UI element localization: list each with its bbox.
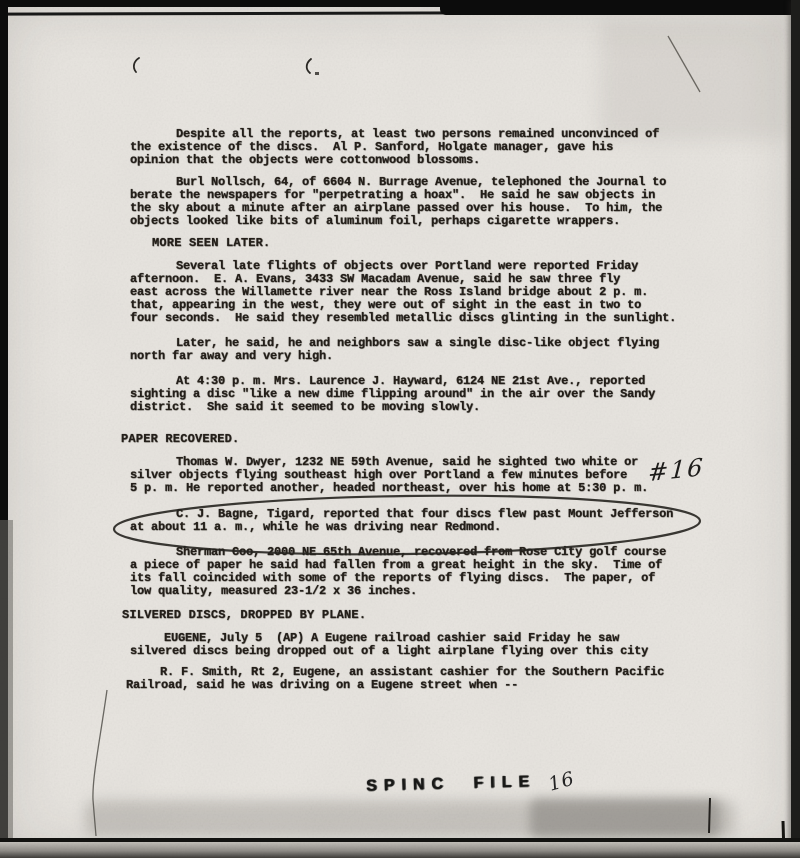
text-line: objects looked like bits of aluminum foi… [130, 215, 710, 228]
text-line: opinion that the objects were cottonwood… [130, 154, 710, 167]
paragraph: Burl Nollsch, 64, of 6604 N. Burrage Ave… [130, 176, 710, 228]
scan-border-left-gray [0, 520, 13, 840]
paragraph: At 4:30 p. m. Mrs. Laurence J. Hayward, … [130, 375, 710, 414]
text-line: at about 11 a. m., while he was driving … [130, 521, 710, 534]
paragraph: EUGENE, July 5 (AP) A Eugene railroad ca… [130, 632, 710, 658]
text-line: four seconds. He said they resembled met… [130, 312, 710, 325]
tick-mark [709, 798, 710, 833]
text-line: north far away and very high. [130, 350, 710, 363]
scan-border-top-right [440, 0, 800, 15]
section-heading: MORE SEEN LATER. [152, 237, 732, 250]
scan-border-right [791, 0, 800, 858]
heading-text: SILVERED DISCS, DROPPED BY PLANE. [122, 609, 702, 622]
section-heading: PAPER RECOVERED. [121, 433, 701, 446]
scan-smudge [530, 798, 720, 838]
section-heading: SILVERED DISCS, DROPPED BY PLANE. [122, 609, 702, 622]
paragraph-circled: C. J. Bagne, Tigard, reported that four … [130, 508, 710, 534]
paragraph: Several late flights of objects over Por… [130, 260, 710, 325]
fold-crease [93, 690, 107, 836]
paragraph: Later, he said, he and neighbors saw a s… [130, 337, 710, 363]
pen-mark-icon [134, 58, 139, 72]
file-stamp-text: SPINC FILE [366, 773, 536, 794]
heading-text: PAPER RECOVERED. [121, 433, 701, 446]
text-line: low quality, measured 23-1/2 x 36 inches… [130, 585, 710, 598]
text-line: silvered discs being dropped out of a li… [130, 645, 710, 658]
paragraph: Despite all the reports, at least two pe… [130, 128, 710, 167]
scan-smudge [85, 800, 735, 836]
paragraph: R. F. Smith, Rt 2, Eugene, an assistant … [126, 666, 706, 692]
paragraph: Thomas W. Dwyer, 1232 NE 59th Avenue, sa… [130, 456, 710, 495]
scan-border-bottom-band [0, 842, 800, 858]
pen-dot-icon [315, 72, 319, 75]
heading-text: MORE SEEN LATER. [152, 237, 732, 250]
file-stamp: SPINC FILE16 [366, 768, 575, 795]
text-line: Railroad, said he was driving on a Eugen… [126, 679, 706, 692]
text-line: district. She said it seemed to be movin… [130, 401, 710, 414]
scratch-mark [668, 36, 700, 92]
scan-border-top-line [0, 11, 470, 15]
pen-mark-icon [307, 59, 311, 73]
scan-smudge [600, 20, 790, 140]
scanned-document-page: Despite all the reports, at least two pe… [0, 0, 800, 858]
paragraph: Sherman Coo, 2000 NE 65th Avenue, recove… [130, 546, 710, 598]
text-line: 5 p. m. He reported another, headed nort… [130, 482, 710, 495]
file-stamp-number-handwritten: 16 [546, 767, 577, 795]
